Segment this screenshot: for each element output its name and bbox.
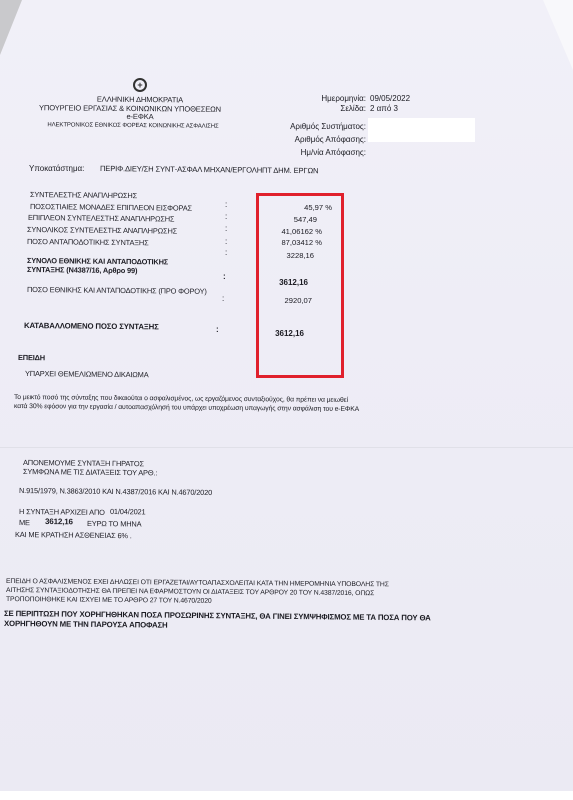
calc-row-label: ΣΥΝΤΕΛΕΣΤΗΣ ΑΝΑΠΛΗΡΩΣΗΣ: [30, 190, 137, 200]
whereas-title: ΕΠΕΙΔΗ: [18, 353, 45, 362]
award-laws: Ν.915/1979, Ν.3863/2010 ΚΑΙ Ν.4387/2016 …: [19, 486, 212, 497]
notice-line-1: Το μεικτό ποσό της σύνταξης που δικαιούτ…: [14, 394, 348, 404]
highlight-box: [256, 193, 344, 378]
decision-number-label: Αριθμός Απόφασης:: [246, 135, 366, 144]
calc-row-label: ΠΟΣΟ ΑΝΤΑΠΟΔΟΤΙΚΗΣ ΣΥΝΤΑΞΗΣ: [27, 237, 149, 247]
page-label: Σελίδα:: [246, 104, 366, 113]
calc-row-label: ΕΠΙΠΛΕΟΝ ΣΥΝΤΕΛΕΣΤΗΣ ΑΝΑΠΛΗΡΩΣΗΣ: [28, 213, 174, 224]
branch-value: ΠΕΡΙΦ.ΔΙΕΥ/ΣΗ ΣΥΝΤ-ΑΣΦΑΛ ΜΗΧΑΝ/ΕΡΓΟΛΗΠΤ …: [100, 164, 318, 175]
header-line-agency: ΗΛΕΚΤΡΟΝΙΚΟΣ ΕΘΝΙΚΟΣ ΦΟΡΕΑΣ ΚΟΙΝΩΝΙΚΗΣ Α…: [26, 121, 240, 131]
paid-pension-label: ΚΑΤΑΒΑΛΛΟΜΕΝΟ ΠΟΣΟ ΣΥΝΤΑΞΗΣ: [24, 321, 159, 331]
paper-corner-fold: [543, 0, 573, 70]
decision-date-label: Ημ/νία Απόφασης:: [246, 148, 366, 157]
award-line-2: ΣΥΜΦΩΝΑ ΜΕ ΤΙΣ ΔΙΑΤΑΞΕΙΣ ΤΟΥ ΑΡΘ.:: [23, 467, 157, 477]
paper-crease: [0, 447, 573, 448]
paper-fold-shadow: [0, 0, 22, 55]
total-pension-label-law: ΣΥΝΤΑΞΗΣ (Ν4387/16, Αρθρο 99): [27, 265, 137, 275]
calc-row-colon: :: [225, 224, 227, 233]
date-label: Ημερομηνία:: [246, 94, 366, 103]
calc-row-colon: :: [225, 212, 227, 221]
scanned-document-page: + ΕΛΛΗΝΙΚΗ ΔΗΜΟΚΡΑΤΙΑ ΥΠΟΥΡΓΕΙΟ ΕΡΓΑΣΙΑΣ…: [0, 0, 573, 791]
greek-coat-of-arms-icon: +: [133, 78, 147, 92]
footer-bold-line-2: ΧΟΡΗΓΗΘΟΥΝ ΜΕ ΤΗΝ ΠΑΡΟΥΣΑ ΑΠΟΦΑΣΗ: [4, 619, 168, 630]
system-number-label: Αριθμός Συστήματος:: [246, 122, 366, 131]
pension-start-date: 01/04/2021: [110, 507, 146, 516]
calc-row-colon: :: [225, 248, 227, 257]
amount-with-label: ΜΕ: [19, 518, 30, 527]
total-pension-colon: :: [223, 272, 226, 281]
pension-start-label: Η ΣΥΝΤΑΞΗ ΑΡΧΙΖΕΙ ΑΠΟ: [19, 507, 105, 517]
issuer-header: + ΕΛΛΗΝΙΚΗ ΔΗΜΟΚΡΑΤΙΑ ΥΠΟΥΡΓΕΙΟ ΕΡΓΑΣΙΑΣ…: [40, 78, 240, 130]
footer-line-3: ΤΡΟΠΟΠΟΙΗΘΗΚΕ ΚΑΙ ΙΣΧΥΕΙ ΜΕ ΤΟ ΑΡΘΡΟ 27 …: [6, 596, 212, 605]
calc-row-label: ΣΥΝΟΛΙΚΟΣ ΣΥΝΤΕΛΕΣΤΗΣ ΑΝΑΠΛΗΡΩΣΗΣ: [27, 225, 177, 236]
whereas-text: ΥΠΑΡΧΕΙ ΘΕΜΕΛΙΩΜΕΝΟ ΔΙΚΑΙΩΜΑ: [25, 369, 149, 379]
branch-label: Υποκατάστημα:: [29, 164, 84, 173]
calc-row-colon: :: [225, 237, 227, 246]
pretax-amount-colon: :: [222, 294, 224, 303]
monthly-amount: 3612,16: [45, 517, 73, 526]
notice-line-2: κατά 30% εφόσον για την εργασία / αυτοαπ…: [14, 403, 359, 413]
monthly-amount-suffix: ΕΥΡΩ ΤΟ ΜΗΝΑ: [87, 519, 141, 529]
pretax-amount-label: ΠΟΣΟ ΕΘΝΙΚΗΣ ΚΑΙ ΑΝΤΑΠΟΔΟΤΙΚΗΣ (ΠΡΟ ΦΟΡΟ…: [27, 285, 207, 296]
sickness-deduction: ΚΑΙ ΜΕ ΚΡΑΤΗΣΗ ΑΣΘΕΝΕΙΑΣ 6% .: [15, 530, 132, 540]
page-value: 2 από 3: [370, 104, 398, 113]
date-value: 09/05/2022: [370, 94, 410, 103]
calc-row-colon: :: [225, 200, 227, 209]
paid-pension-colon: :: [216, 325, 219, 334]
redacted-field: [368, 118, 475, 142]
calc-row-label: ΠΟΣΟΣΤΙΑΙΕΣ ΜΟΝΑΔΕΣ ΕΠΙΠΛΕΟΝ ΕΙΣΦΟΡΑΣ: [30, 202, 192, 213]
